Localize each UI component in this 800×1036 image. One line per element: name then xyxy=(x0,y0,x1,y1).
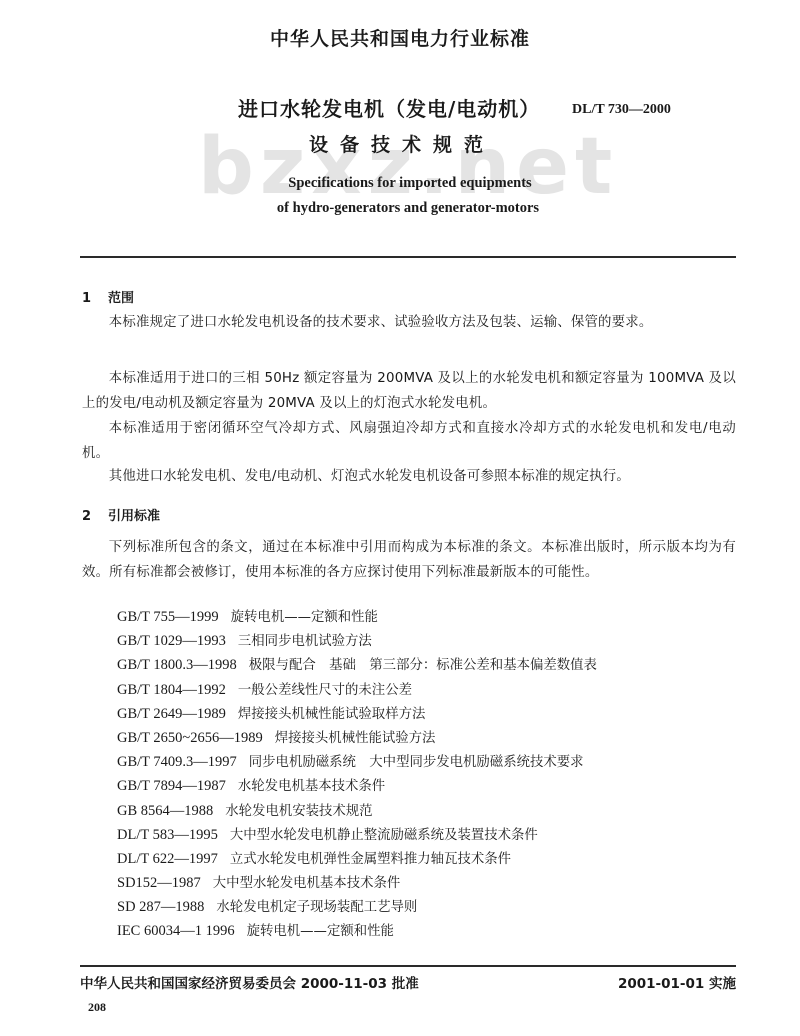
reference-title: 极限与配合 基础 第三部分：标准公差和基本偏差数值表 xyxy=(249,658,597,673)
reference-code: GB/T 755—1999 xyxy=(117,609,219,625)
effective-date: 2001-01-01 实施 xyxy=(618,972,736,992)
footer-divider xyxy=(80,965,736,967)
header-divider xyxy=(80,256,736,258)
reference-item: SD152—1987大中型水轮发电机基本技术条件 xyxy=(117,871,597,895)
reference-code: IEC 60034—1 1996 xyxy=(117,923,235,939)
reference-item: GB/T 1804—1992一般公差线性尺寸的未注公差 xyxy=(117,678,597,702)
reference-item: GB/T 7894—1987水轮发电机基本技术条件 xyxy=(117,774,597,798)
document-title-line2: 设备技术规范 xyxy=(0,130,800,157)
reference-title: 焊接接头机械性能试验方法 xyxy=(275,731,436,746)
reference-title: 一般公差线性尺寸的未注公差 xyxy=(238,683,412,698)
reference-title: 同步电机励磁系统 大中型同步发电机励磁系统技术要求 xyxy=(249,755,584,770)
section-1-paragraph: 本标准适用于进口的三相 50Hz 额定容量为 200MVA 及以上的水轮发电机和… xyxy=(82,366,736,416)
reference-item: GB/T 7409.3—1997同步电机励磁系统 大中型同步发电机励磁系统技术要… xyxy=(117,750,597,774)
standard-code: DL/T 730—2000 xyxy=(572,102,671,118)
reference-item: DL/T 583—1995大中型水轮发电机静止整流励磁系统及装置技术条件 xyxy=(117,823,597,847)
reference-code: GB/T 1804—1992 xyxy=(117,682,226,698)
reference-title: 水轮发电机基本技术条件 xyxy=(238,779,385,794)
reference-code: GB/T 1029—1993 xyxy=(117,633,226,649)
section-2-paragraph: 下列标准所包含的条文，通过在本标准中引用而构成为本标准的条文。本标准出版时，所示… xyxy=(82,535,736,585)
section-title: 引用标准 xyxy=(108,509,160,524)
english-title-line1: Specifications for imported equipments xyxy=(0,175,800,192)
reference-item: GB/T 2650~2656—1989焊接接头机械性能试验方法 xyxy=(117,726,597,750)
reference-item: GB/T 2649—1989焊接接头机械性能试验取样方法 xyxy=(117,702,597,726)
reference-item: GB/T 1029—1993三相同步电机试验方法 xyxy=(117,629,597,653)
reference-item: GB/T 1800.3—1998极限与配合 基础 第三部分：标准公差和基本偏差数… xyxy=(117,653,597,677)
industry-standard-header: 中华人民共和国电力行业标准 xyxy=(0,24,800,51)
reference-code: DL/T 583—1995 xyxy=(117,827,218,843)
reference-title: 大中型水轮发电机静止整流励磁系统及装置技术条件 xyxy=(230,828,538,843)
approval-statement: 中华人民共和国国家经济贸易委员会 2000-11-03 批准 xyxy=(80,972,419,992)
reference-code: GB 8564—1988 xyxy=(117,803,213,819)
reference-title: 旋转电机——定额和性能 xyxy=(231,610,378,625)
reference-code: GB/T 2649—1989 xyxy=(117,706,226,722)
referenced-standards-list: GB/T 755—1999旋转电机——定额和性能 GB/T 1029—1993三… xyxy=(117,605,597,944)
section-title: 范围 xyxy=(108,291,134,306)
reference-title: 大中型水轮发电机基本技术条件 xyxy=(213,876,400,891)
section-number: 2 xyxy=(82,509,108,524)
section-1-paragraph: 本标准适用于密闭循环空气冷却方式、风扇强迫冷却方式和直接水冷却方式的水轮发电机和… xyxy=(82,416,736,466)
reference-title: 立式水轮发电机弹性金属塑料推力轴瓦技术条件 xyxy=(230,852,511,867)
reference-code: GB/T 7894—1987 xyxy=(117,778,226,794)
reference-title: 焊接接头机械性能试验取样方法 xyxy=(238,707,425,722)
section-1-paragraph: 其他进口水轮发电机、发电/电动机、灯泡式水轮发电机设备可参照本标准的规定执行。 xyxy=(82,464,736,489)
reference-title: 三相同步电机试验方法 xyxy=(238,634,372,649)
document-title-line1: 进口水轮发电机（发电/电动机） xyxy=(238,93,540,122)
section-1-heading: 1范围 xyxy=(82,287,134,306)
section-1-paragraph: 本标准规定了进口水轮发电机设备的技术要求、试验验收方法及包装、运输、保管的要求。 xyxy=(82,310,736,335)
reference-code: GB/T 1800.3—1998 xyxy=(117,657,237,673)
section-2-heading: 2引用标准 xyxy=(82,505,160,524)
reference-title: 水轮发电机定子现场装配工艺导则 xyxy=(216,900,417,915)
reference-code: SD152—1987 xyxy=(117,875,201,891)
english-title-line2: of hydro-generators and generator-motors xyxy=(0,200,800,217)
reference-code: DL/T 622—1997 xyxy=(117,851,218,867)
page-number: 208 xyxy=(88,1000,106,1015)
reference-item: IEC 60034—1 1996旋转电机——定额和性能 xyxy=(117,919,597,943)
reference-item: SD 287—1988水轮发电机定子现场装配工艺导则 xyxy=(117,895,597,919)
reference-item: DL/T 622—1997立式水轮发电机弹性金属塑料推力轴瓦技术条件 xyxy=(117,847,597,871)
reference-title: 水轮发电机安装技术规范 xyxy=(225,804,372,819)
reference-code: GB/T 2650~2656—1989 xyxy=(117,730,263,746)
reference-code: GB/T 7409.3—1997 xyxy=(117,754,237,770)
reference-item: GB/T 755—1999旋转电机——定额和性能 xyxy=(117,605,597,629)
reference-item: GB 8564—1988水轮发电机安装技术规范 xyxy=(117,799,597,823)
section-number: 1 xyxy=(82,291,108,306)
reference-code: SD 287—1988 xyxy=(117,899,204,915)
reference-title: 旋转电机——定额和性能 xyxy=(247,924,394,939)
